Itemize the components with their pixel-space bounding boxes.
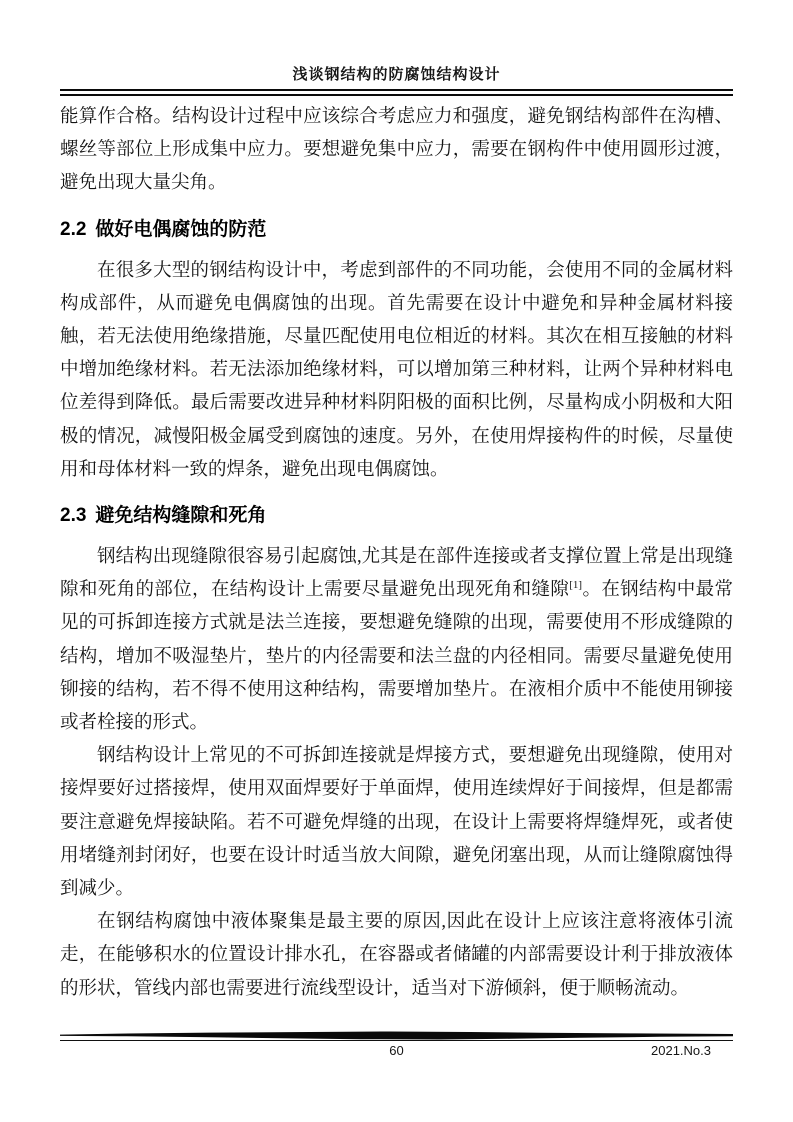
page-header: 浅谈钢结构的防腐蚀结构设计 — [60, 63, 733, 96]
page-content: 能算作合格。结构设计过程中应该综合考虑应力和强度，避免钢结构部件在沟槽、螺丝等部… — [60, 101, 733, 1006]
section-title: 避免结构缝隙和死角 — [95, 505, 266, 526]
section-number: 2.2 — [60, 219, 86, 240]
section-number: 2.3 — [60, 505, 86, 526]
paragraph-section-2-3-third: 在钢结构腐蚀中液体聚集是最主要的原因,因此在设计上应该注意将液体引流走，在能够积… — [60, 906, 733, 1006]
header-double-rule — [60, 89, 733, 96]
page-number: 60 — [60, 1043, 733, 1058]
paragraph-section-2-3-first: 钢结构出现缝隙很容易引起腐蚀,尤其是在部件连接或者支撑位置上常是出现缝隙和死角的… — [60, 541, 733, 740]
section-heading-2-3: 2.3避免结构缝隙和死角 — [60, 499, 733, 532]
paragraph-section-2-2: 在很多大型的钢结构设计中，考虑到部件的不同功能，会使用不同的金属材料构成部件，从… — [60, 255, 733, 487]
footer-rule-bar — [60, 1031, 733, 1041]
section-heading-2-2: 2.2做好电偶腐蚀的防范 — [60, 213, 733, 246]
section-title: 做好电偶腐蚀的防范 — [95, 219, 266, 240]
paragraph-section-2-3-second: 钢结构设计上常见的不可拆卸连接就是焊接方式，要想避免出现缝隙，使用对接焊要好过搭… — [60, 740, 733, 906]
footer-meta: 60 2021.No.3 — [60, 1043, 733, 1061]
issue-number: 2021.No.3 — [651, 1043, 711, 1058]
citation-marker: [1] — [569, 579, 582, 591]
running-head-title: 浅谈钢结构的防腐蚀结构设计 — [60, 63, 733, 84]
document-page: 浅谈钢结构的防腐蚀结构设计 能算作合格。结构设计过程中应该综合考虑应力和强度，避… — [0, 0, 793, 1122]
paragraph-text-after-citation: 。在钢结构中最常见的可拆卸连接方式就是法兰连接，要想避免缝隙的出现，需要使用不形… — [60, 580, 733, 733]
page-footer: 60 2021.No.3 — [60, 1031, 733, 1061]
paragraph-intro: 能算作合格。结构设计过程中应该综合考虑应力和强度，避免钢结构部件在沟槽、螺丝等部… — [60, 101, 733, 201]
